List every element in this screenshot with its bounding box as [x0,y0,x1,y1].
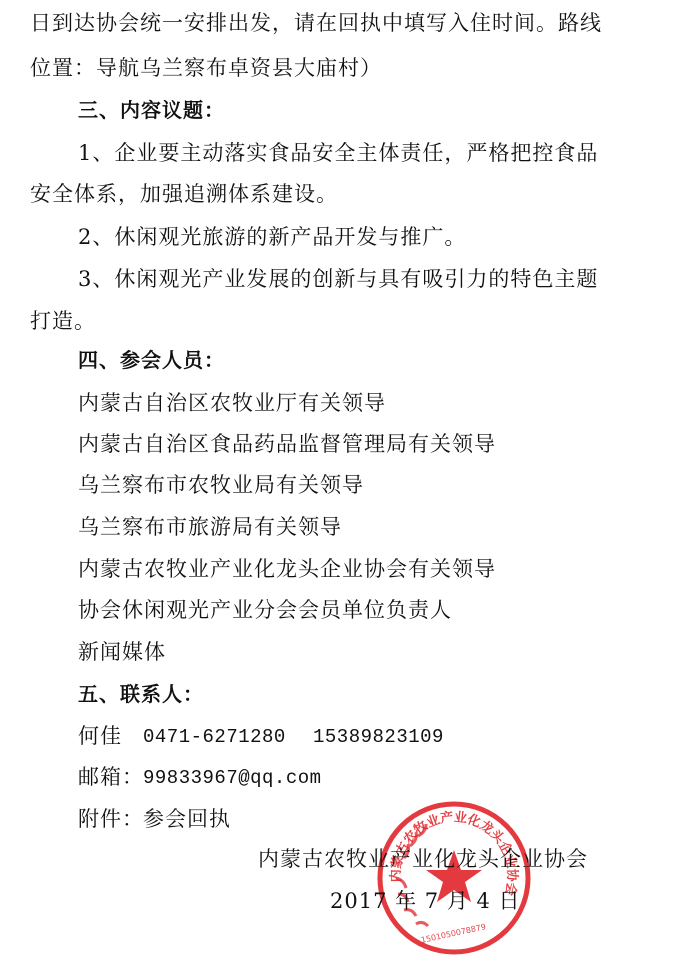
attendee-item: 新闻媒体 [78,639,166,665]
attendee-item: 内蒙古农牧业产业化龙头企业协会有关领导 [78,556,496,582]
attachment-name: 参会回执 [143,806,231,832]
attendee-item: 乌兰察布市旅游局有关领导 [78,514,342,540]
official-seal-stamp: 内蒙古农牧业产业化龙头企业协会 1501050078879 [374,798,534,958]
topic-1-line-1: 1、企业要主动落实食品安全主体责任，严格把控食品 [78,140,598,166]
attachment-label: 附件： [78,806,144,832]
email-label: 邮箱： [78,764,144,790]
intro-line-1: 日到达协会统一安排出发，请在回执中填写入住时间。路线 [30,10,602,36]
section-4-heading: 四、参会人员： [78,347,225,373]
attendee-item: 内蒙古自治区食品药品监督管理局有关领导 [78,431,496,457]
topic-2: 2、休闲观光旅游的新产品开发与推广。 [78,224,466,250]
topic-1-line-2: 安全体系，加强追溯体系建设。 [30,181,338,207]
signature-date: 2017 年 7 月 4 日 [330,888,521,914]
contact-phone-mobile: 15389823109 [313,724,444,750]
contact-name: 何佳 [78,723,122,749]
topic-3-line-1: 3、休闲观光产业发展的创新与具有吸引力的特色主题 [78,266,598,292]
section-3-heading: 三、内容议题： [78,97,225,123]
attendee-item: 乌兰察布市农牧业局有关领导 [78,472,364,498]
attendee-item: 协会休闲观光产业分会会员单位负责人 [78,597,452,623]
contact-email: 99833967@qq.com [143,765,322,791]
contact-phone-office: 0471-6271280 [143,724,286,750]
attendee-item: 内蒙古自治区农牧业厅有关领导 [78,390,386,416]
seal-number: 1501050078879 [420,922,487,945]
intro-line-2: 位置：导航乌兰察布卓资县大庙村） [30,55,382,81]
section-5-heading: 五、联系人： [78,681,204,707]
topic-3-line-2: 打造。 [30,308,96,334]
signature-organization: 内蒙古农牧业产业化龙头企业协会 [258,846,588,872]
